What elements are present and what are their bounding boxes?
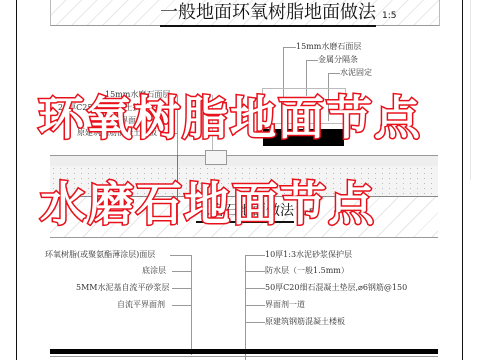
leader-line bbox=[245, 255, 265, 256]
overlay-headline-epoxy: 环氧树脂地面节点 bbox=[38, 82, 422, 148]
epoxy-label-concrete-cushion: 50厚C20细石混凝土垫层,⌀6钢筋@150 bbox=[265, 283, 407, 293]
epoxy-base-line bbox=[50, 356, 438, 357]
top-title-scale: 1:5 bbox=[382, 11, 396, 21]
epoxy-label-primer: 底涂层 bbox=[142, 266, 166, 276]
leader-line bbox=[306, 60, 318, 61]
metal-divider-strip bbox=[205, 150, 227, 165]
leader-line bbox=[245, 271, 265, 272]
callout-metal-divider: 金属分隔条 bbox=[318, 55, 358, 65]
epoxy-label-waterproof: 防水层（一般1.5mm） bbox=[265, 266, 349, 276]
leader-line bbox=[283, 47, 296, 48]
leader-line bbox=[170, 255, 192, 256]
epoxy-label-interface-agent: 界面剂一道 bbox=[265, 300, 305, 310]
epoxy-label-self-leveling: 5MM水泥基自流平砂浆层 bbox=[76, 283, 169, 293]
leader-line bbox=[191, 255, 192, 355]
epoxy-label-interface: 自流平界面剂 bbox=[117, 300, 165, 310]
top-title-text: 一般地面环氧树脂地面做法 bbox=[160, 0, 376, 27]
top-section-title: 一般地面环氧树脂地面做法1:5 bbox=[160, 0, 396, 27]
overlay-headline-terrazzo: 水磨石地面节点 bbox=[40, 168, 376, 234]
epoxy-label-structural-slab: 原建筑钢筋混凝土楼板 bbox=[265, 317, 345, 327]
epoxy-label-mortar: 10厚1:3水泥砂浆保护层 bbox=[265, 250, 352, 260]
leader-line bbox=[172, 305, 192, 306]
epoxy-surface-layer bbox=[50, 349, 438, 354]
callout-cement-fix: 水泥固定 bbox=[340, 68, 372, 78]
leader-line bbox=[245, 255, 246, 360]
side-panel-edge bbox=[470, 0, 480, 180]
callout-terrazzo-surface: 15mm水磨石面层 bbox=[296, 42, 361, 52]
epoxy-label-surface: 环氧树脂(或聚氨酯薄涂层)面层 bbox=[45, 250, 155, 260]
leader-line bbox=[328, 73, 340, 74]
leader-line bbox=[172, 288, 192, 289]
leader-line bbox=[245, 322, 265, 323]
leader-line bbox=[172, 271, 192, 272]
leader-line bbox=[245, 305, 265, 306]
leader-line bbox=[245, 288, 265, 289]
